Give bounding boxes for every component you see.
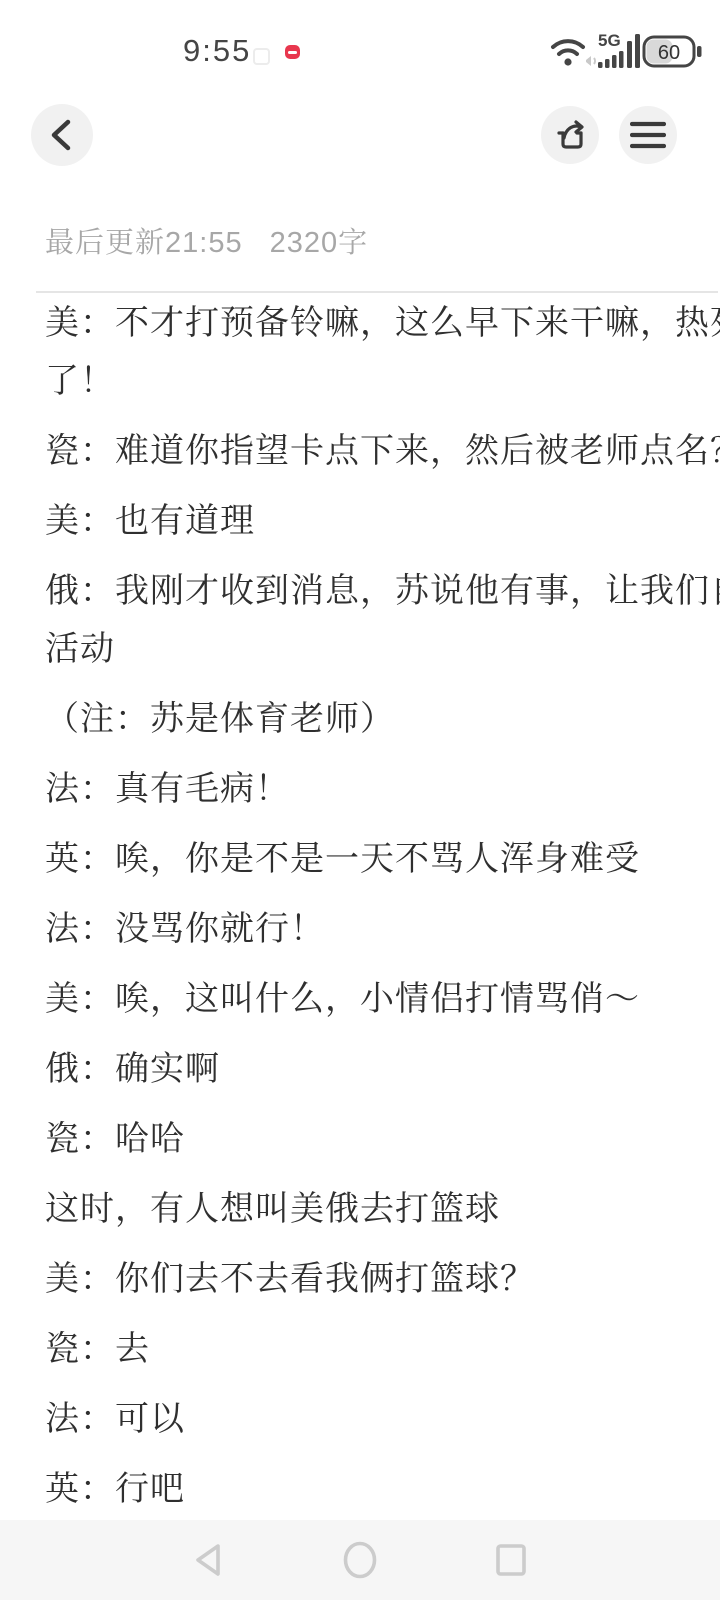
status-bar: 9:55 5G	[0, 0, 720, 80]
app-screen: 9:55 5G	[0, 0, 720, 1600]
battery-icon: 60	[642, 35, 702, 68]
nav-home-button[interactable]	[332, 1532, 388, 1588]
text-line: 美：唉，这叫什么，小情侣打情骂俏～	[45, 970, 685, 1028]
network-type-label: 5G	[598, 31, 621, 51]
text-line: 英：唉，你是不是一天不骂人浑身难受	[45, 830, 685, 888]
paragraph: 英：唉，你是不是一天不骂人浑身难受	[45, 830, 685, 888]
nav-back-triangle-icon	[191, 1540, 223, 1580]
paragraph: 这时，有人想叫美俄去打篮球	[45, 1180, 685, 1238]
text-line: 了！	[45, 352, 685, 410]
paragraph: 美：也有道理	[45, 492, 685, 550]
text-line: 俄：我刚才收到消息，苏说他有事，让我们自由	[45, 562, 685, 620]
text-line: 美：你们去不去看我俩打篮球？	[45, 1250, 685, 1308]
text-line: （注：苏是体育老师）	[45, 690, 685, 748]
paragraph: 美：你们去不去看我俩打篮球？	[45, 1250, 685, 1308]
nav-recents-button[interactable]	[483, 1532, 539, 1588]
chevron-left-icon	[45, 115, 79, 155]
text-line: 英：行吧	[45, 1460, 685, 1518]
android-nav-bar	[0, 1520, 720, 1600]
text-line: 俄：确实啊	[45, 1040, 685, 1098]
text-line: 瓷：难道你指望卡点下来，然后被老师点名？	[45, 422, 685, 480]
document-body[interactable]: 美：不才打预备铃嘛，这么早下来干嘛，热死了！瓷：难道你指望卡点下来，然后被老师点…	[45, 294, 685, 1530]
last-updated-label: 最后更新21:55	[45, 227, 243, 259]
paragraph: 瓷：去	[45, 1320, 685, 1378]
do-not-disturb-icon	[285, 45, 300, 59]
wifi-icon	[549, 33, 587, 67]
paragraph: 英：行吧	[45, 1460, 685, 1518]
paragraph: 美：唉，这叫什么，小情侣打情骂俏～	[45, 970, 685, 1028]
text-line: 法：真有毛病！	[45, 760, 685, 818]
paragraph: 瓷：难道你指望卡点下来，然后被老师点名？	[45, 422, 685, 480]
share-button[interactable]	[541, 106, 599, 164]
text-line: 瓷：哈哈	[45, 1110, 685, 1168]
text-line: 活动	[45, 620, 685, 678]
paragraph: 瓷：哈哈	[45, 1110, 685, 1168]
faint-notification-icon	[253, 48, 270, 65]
document-meta: 最后更新21:552320字	[45, 220, 368, 261]
paragraph: 法：真有毛病！	[45, 760, 685, 818]
text-line: 法：没骂你就行！	[45, 900, 685, 958]
paragraph: 法：可以	[45, 1390, 685, 1448]
paragraph: 法：没骂你就行！	[45, 900, 685, 958]
text-line: 法：可以	[45, 1390, 685, 1448]
battery-percent: 60	[658, 42, 680, 64]
paragraph: （注：苏是体育老师）	[45, 690, 685, 748]
hamburger-icon	[630, 120, 666, 150]
text-line: 这时，有人想叫美俄去打篮球	[45, 1180, 685, 1238]
share-icon	[550, 115, 590, 155]
paragraph: 俄：我刚才收到消息，苏说他有事，让我们自由活动	[45, 562, 685, 678]
divider	[36, 291, 718, 293]
back-button[interactable]	[31, 104, 93, 166]
menu-button[interactable]	[619, 106, 677, 164]
text-line: 美：不才打预备铃嘛，这么早下来干嘛，热死	[45, 294, 685, 352]
word-count-label: 2320字	[270, 227, 369, 259]
paragraph: 美：不才打预备铃嘛，这么早下来干嘛，热死了！	[45, 294, 685, 410]
nav-home-circle-icon	[342, 1540, 378, 1580]
nav-recents-square-icon	[494, 1542, 528, 1578]
paragraph: 俄：确实啊	[45, 1040, 685, 1098]
text-line: 瓷：去	[45, 1320, 685, 1378]
nav-back-button[interactable]	[179, 1532, 235, 1588]
status-time: 9:55	[183, 33, 251, 69]
text-line: 美：也有道理	[45, 492, 685, 550]
